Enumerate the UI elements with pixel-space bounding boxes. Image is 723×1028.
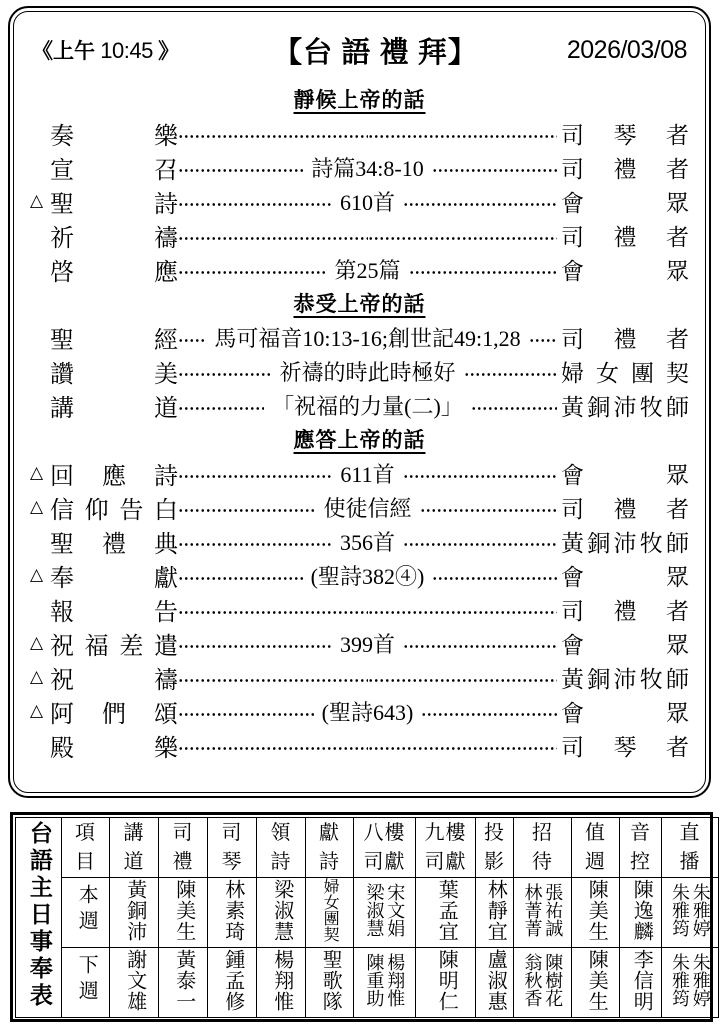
card-header: 《上午 10:45 》 【台 語 禮 拜】 2026/03/08 <box>32 24 687 76</box>
dot-leader <box>464 372 558 377</box>
program-item-performer: 司禮者 <box>561 219 689 252</box>
program-item-detail: 610首 <box>332 186 403 217</box>
duty-roster-table: 台語主日事奉表 項 目 講 道 司 禮 司 琴 領 詩 獻 詩 八樓 司獻 九樓… <box>10 812 713 1022</box>
roster-cell: 葉孟宜 <box>416 878 476 948</box>
roster-cell: 盧淑惠 <box>476 948 514 1018</box>
dot-leader <box>178 576 303 581</box>
worship-time-ampm: 《上午 <box>32 39 95 63</box>
stand-mark: △ <box>30 667 50 687</box>
program-row: 奏樂 司琴者 <box>30 116 689 150</box>
program-item-label: 聖詩 <box>50 184 178 219</box>
dot-leader <box>432 576 557 581</box>
roster-cell: 張祐誠 林菁菁 <box>514 878 572 948</box>
program-item-label: 讚美 <box>50 354 178 389</box>
column-header-anthem: 獻 詩 <box>306 818 354 878</box>
column-header-liturgist: 司 禮 <box>159 818 208 878</box>
dot-leader <box>178 270 327 275</box>
program-row: 啓應 第25篇 會眾 <box>30 252 689 286</box>
stand-mark: △ <box>30 633 50 653</box>
dot-leader <box>178 236 368 241</box>
program-row: 讚美 祈禱的時此時極好 婦女團契 <box>30 354 689 388</box>
roster-cell: 陳明仁 <box>416 948 476 1018</box>
program-row: 報告 司禮者 <box>30 592 689 626</box>
program-item-performer: 司禮者 <box>561 321 689 354</box>
dot-leader <box>178 406 264 411</box>
dot-leader <box>178 610 368 615</box>
dot-leader <box>178 644 332 649</box>
dot-leader <box>368 236 558 241</box>
program-item-performer: 會眾 <box>561 185 689 218</box>
program-item-label: 祈禱 <box>50 218 178 253</box>
dot-leader <box>178 474 332 479</box>
program-item-detail: 詩篇34:8-10 <box>303 152 431 183</box>
program-item-performer: 黃銅沛牧師 <box>561 661 689 694</box>
program-item-detail: 611首 <box>332 458 402 489</box>
roster-side-title: 台語主日事奉表 <box>26 821 51 1010</box>
roster-cell: 黃銅沛 <box>110 878 159 948</box>
roster-cell: 陳美生 <box>572 948 620 1018</box>
program-item-detail: (聖詩643) <box>314 696 422 727</box>
dot-leader <box>178 202 332 207</box>
dot-leader <box>409 270 558 275</box>
dot-leader <box>403 202 557 207</box>
program-item-performer: 司琴者 <box>561 117 689 150</box>
program-item-performer: 黃銅沛牧師 <box>561 389 689 422</box>
program-item-label: 殿樂 <box>50 728 178 763</box>
stand-mark: △ <box>30 701 50 721</box>
program-item-detail: 399首 <box>332 628 403 659</box>
dot-leader <box>178 338 206 343</box>
column-header-offering-8f: 八樓 司獻 <box>354 818 416 878</box>
roster-cell: 謝文雄 <box>110 948 159 1018</box>
dot-leader <box>178 508 316 513</box>
roster-cell: 梁淑慧 <box>257 878 306 948</box>
column-header-item: 項 目 <box>62 818 110 878</box>
roster-header-row: 台語主日事奉表 項 目 講 道 司 禮 司 琴 領 詩 獻 詩 八樓 司獻 九樓… <box>16 818 719 878</box>
dot-leader <box>178 746 368 751</box>
program-item-label: 阿們頌 <box>50 694 178 729</box>
program-row: 祈禱 司禮者 <box>30 218 689 252</box>
dot-leader <box>432 168 557 173</box>
column-header-sermon: 講 道 <box>110 818 159 878</box>
program-item-performer: 會眾 <box>561 559 689 592</box>
row-label-cell: 本週 <box>62 878 110 948</box>
row-label-cell: 下週 <box>62 948 110 1018</box>
program-item-label: 祝福差遣 <box>50 626 178 661</box>
program-item-label: 信仰告白 <box>50 490 178 525</box>
program-row: △ 祝福差遣 399首 會眾 <box>30 626 689 660</box>
program-item-performer: 司禮者 <box>561 593 689 626</box>
worship-title: 【台 語 禮 拜】 <box>214 30 537 71</box>
worship-time-close: 》 <box>158 39 179 63</box>
dot-leader <box>368 134 558 139</box>
section-heading: 恭受上帝的話 <box>30 286 689 320</box>
column-header-duty-week: 值 週 <box>572 818 620 878</box>
program-row: 聖經 馬可福音10:13-16;創世記49:1,28 司禮者 <box>30 320 689 354</box>
program-item-label: 宣召 <box>50 150 178 185</box>
program-item-performer: 司琴者 <box>561 729 689 762</box>
dot-leader <box>178 168 303 173</box>
row-label: 本週 <box>75 884 97 936</box>
dot-leader <box>403 644 557 649</box>
roster-row-next-week: 下週 謝文雄 黃泰一 鍾孟修 楊翔惟 聖歌隊 楊翔惟 陳重助 陳明仁 盧淑惠 陳… <box>16 948 719 1018</box>
program-item-label: 聖禮典 <box>50 524 178 559</box>
program-item-detail: 356首 <box>332 526 403 557</box>
program-item-detail: 馬可福音10:13-16;創世記49:1,28 <box>206 322 528 353</box>
program-item-label: 祝禱 <box>50 660 178 695</box>
program-item-detail: (聖詩382④) <box>303 560 433 591</box>
column-header-projection: 投 影 <box>476 818 514 878</box>
worship-time: 《上午 10:45 》 <box>32 35 214 65</box>
program-item-performer: 會眾 <box>561 253 689 286</box>
dot-leader <box>403 474 557 479</box>
program-item-performer: 會眾 <box>561 695 689 728</box>
dot-leader <box>178 372 272 377</box>
stand-mark: △ <box>30 497 50 517</box>
roster-cell: 陳樹花 翁秋香 <box>514 948 572 1018</box>
dot-leader <box>178 678 368 683</box>
stand-mark: △ <box>30 565 50 585</box>
dot-leader <box>403 542 557 547</box>
program-item-detail: 「祝福的力量(二)」 <box>264 390 471 421</box>
roster-cell: 朱雅婷 朱雅筠 <box>662 878 719 948</box>
dot-leader <box>368 746 558 751</box>
roster-cell: 李信明 <box>620 948 662 1018</box>
program-row: △ 信仰告白 使徒信經 司禮者 <box>30 490 689 524</box>
roster-cell: 朱雅婷 朱雅筠 <box>662 948 719 1018</box>
roster-cell: 鍾孟修 <box>208 948 257 1018</box>
program-item-label: 講道 <box>50 388 178 423</box>
program-row: 聖禮典 356首 黃銅沛牧師 <box>30 524 689 558</box>
program-card-inner: 《上午 10:45 》 【台 語 禮 拜】 2026/03/08 靜候上帝的話 … <box>10 8 709 796</box>
section-heading: 靜候上帝的話 <box>30 82 689 116</box>
roster-cell: 黃泰一 <box>159 948 208 1018</box>
program-item-label: 啓應 <box>50 252 178 287</box>
column-header-livestream: 直 播 <box>662 818 719 878</box>
program-item-performer: 婦女團契 <box>561 355 689 388</box>
program-item-label: 奏樂 <box>50 116 178 151</box>
program-item-detail: 祈禱的時此時極好 <box>272 356 464 387</box>
column-header-pianist: 司 琴 <box>208 818 257 878</box>
stand-mark: △ <box>30 191 50 211</box>
program-row: 講道 「祝福的力量(二)」 黃銅沛牧師 <box>30 388 689 422</box>
dot-leader <box>178 712 314 717</box>
roster-row-this-week: 本週 黃銅沛 陳美生 林素琦 梁淑慧 婦女團契 宋文娟 梁淑慧 葉孟宜 林靜宜 … <box>16 878 719 948</box>
program-row: △ 回應詩 611首 會眾 <box>30 456 689 490</box>
program-item-performer: 司禮者 <box>561 491 689 524</box>
roster-side-title-cell: 台語主日事奉表 <box>16 818 62 1018</box>
program-row: △ 奉獻 (聖詩382④) 會眾 <box>30 558 689 592</box>
roster-cell: 宋文娟 梁淑慧 <box>354 878 416 948</box>
program-item-performer: 黃銅沛牧師 <box>561 525 689 558</box>
program-item-label: 回應詩 <box>50 456 178 491</box>
dot-leader <box>178 542 332 547</box>
program-item-detail: 使徒信經 <box>316 492 420 523</box>
dot-leader <box>368 610 558 615</box>
dot-leader <box>368 678 558 683</box>
dot-leader <box>529 338 557 343</box>
program-row: 宣召 詩篇34:8-10 司禮者 <box>30 150 689 184</box>
section-heading: 應答上帝的話 <box>30 422 689 456</box>
roster-cell: 陳美生 <box>572 878 620 948</box>
program-item-performer: 會眾 <box>561 627 689 660</box>
roster-grid: 台語主日事奉表 項 目 講 道 司 禮 司 琴 領 詩 獻 詩 八樓 司獻 九樓… <box>15 817 719 1018</box>
dot-leader <box>471 406 557 411</box>
roster-cell: 聖歌隊 <box>306 948 354 1018</box>
program-item-label: 報告 <box>50 592 178 627</box>
program-card: 《上午 10:45 》 【台 語 禮 拜】 2026/03/08 靜候上帝的話 … <box>8 6 711 798</box>
roster-cell: 林素琦 <box>208 878 257 948</box>
program-item-label: 聖經 <box>50 320 178 355</box>
program-item-performer: 司禮者 <box>561 151 689 184</box>
program-row: △ 祝禱 黃銅沛牧師 <box>30 660 689 694</box>
column-header-offering-9f: 九樓 司獻 <box>416 818 476 878</box>
row-label: 下週 <box>75 954 97 1006</box>
column-header-song-leader: 領 詩 <box>257 818 306 878</box>
program-item-label: 奉獻 <box>50 558 178 593</box>
dot-leader <box>178 134 368 139</box>
roster-cell: 楊翔惟 <box>257 948 306 1018</box>
dot-leader <box>420 508 558 513</box>
roster-cell: 陳美生 <box>159 878 208 948</box>
roster-cell: 林靜宜 <box>476 878 514 948</box>
column-header-sound: 音 控 <box>620 818 662 878</box>
column-header-ushers: 招 待 <box>514 818 572 878</box>
worship-time-value: 10:45 <box>100 38 153 63</box>
program-item-detail: 第25篇 <box>327 254 409 285</box>
program-row: △ 阿們頌 (聖詩643) 會眾 <box>30 694 689 728</box>
roster-cell: 楊翔惟 陳重助 <box>354 948 416 1018</box>
roster-cell: 婦女團契 <box>306 878 354 948</box>
program-row: 殿樂 司琴者 <box>30 728 689 762</box>
roster-cell: 陳逸麟 <box>620 878 662 948</box>
program-item-performer: 會眾 <box>561 457 689 490</box>
program-row: △ 聖詩 610首 會眾 <box>30 184 689 218</box>
stand-mark: △ <box>30 463 50 483</box>
worship-date: 2026/03/08 <box>537 36 687 65</box>
dot-leader <box>421 712 557 717</box>
